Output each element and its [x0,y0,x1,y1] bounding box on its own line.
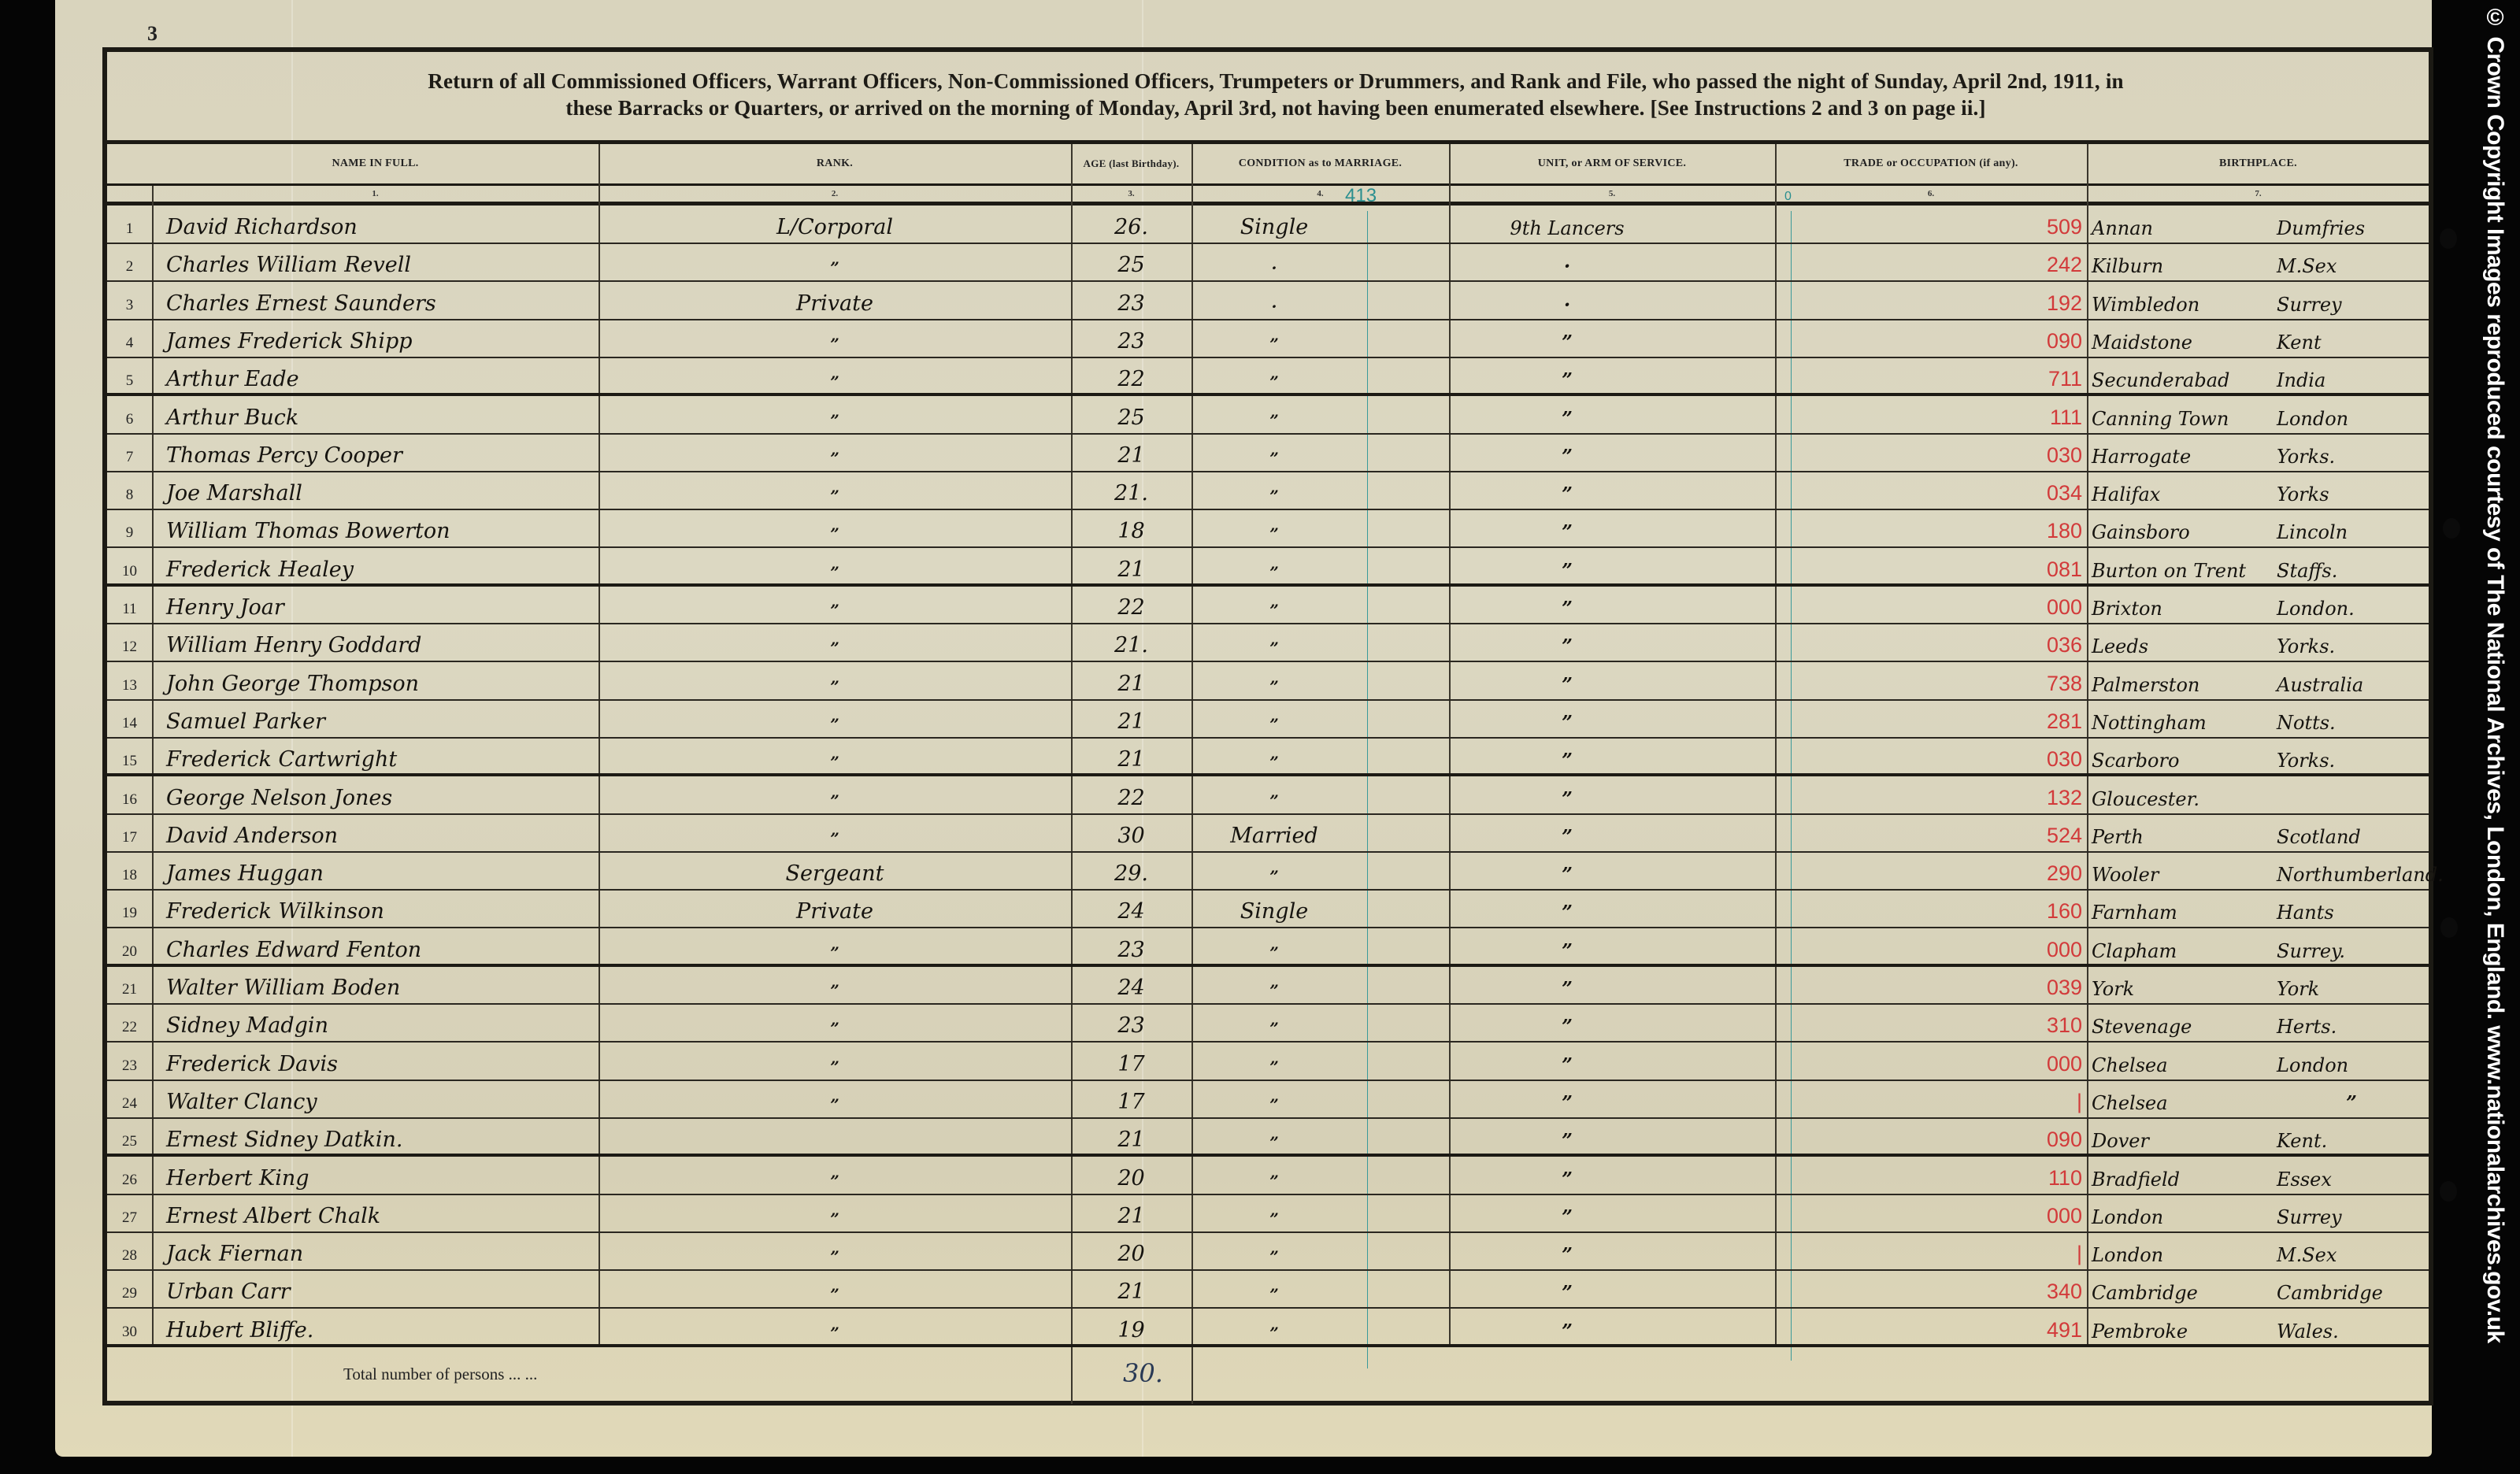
birthplace-county: Herts. [2277,1004,2426,1041]
rank-cell: ” [598,434,1071,471]
row-number: 12 [107,624,152,661]
row-number: 3 [107,282,152,319]
rank-cell: ” [598,243,1071,280]
condition-cell: ” [1191,320,1357,357]
birthplace-town: Maidstone [2092,320,2273,357]
condition-cell: ” [1191,357,1357,394]
watermark-text: © Crown Copyright Images reproduced cour… [2481,5,2508,1343]
name-cell: Jack Fiernan [166,1232,595,1269]
name-cell: Joe Marshall [166,472,595,509]
total-label: Total number of persons ... ... [343,1365,537,1384]
annotation-condition: 413 [1345,185,1377,207]
age-cell: 17 [1071,1080,1191,1117]
unit-cell: ” [1449,434,1685,471]
table-row: 3 Charles Ernest Saunders Private 23 · ·… [107,282,2429,320]
birthplace-county: Dumfries [2277,206,2426,243]
total-row: Total number of persons ... ... 30. [107,1349,2429,1404]
rank-cell: ” [598,624,1071,661]
birthplace-town: Halifax [2092,472,2273,509]
condition-cell: ” [1191,1270,1357,1307]
unit-cell: ” [1449,890,1685,927]
age-cell: 25 [1071,396,1191,433]
table-row: 27 Ernest Albert Chalk ” 21 ” ” 000 Lond… [107,1194,2429,1233]
row-number: 16 [107,776,152,813]
birthplace-town: Burton on Trent [2092,548,2273,585]
table-row: 10 Frederick Healey ” 21 ” ” 081 Burton … [107,548,2429,587]
birthplace-town: Nottingham [2092,700,2273,737]
occupation-code: 030 [1775,434,2087,471]
age-cell: 21 [1071,700,1191,737]
rank-cell: ” [598,928,1071,965]
row-number: 9 [107,509,152,546]
rank-cell: Sergeant [598,852,1071,889]
column-number: 7. [2087,186,2429,202]
age-cell: 25 [1071,243,1191,280]
table-row: 7 Thomas Percy Cooper ” 21 ” ” 030 Harro… [107,434,2429,472]
birthplace-county: Kent [2277,320,2426,357]
header-age: AGE (last Birthday). [1071,144,1191,183]
unit-cell: 9th Lancers [1449,206,1685,243]
age-cell: 21 [1071,1194,1191,1231]
age-cell: 30 [1071,814,1191,851]
row-number: 21 [107,966,152,1003]
row-number: 11 [107,586,152,623]
birthplace-town: Cambridge [2092,1270,2273,1307]
birthplace-county: ” [2277,1080,2426,1117]
row-number: 13 [107,662,152,699]
name-cell: Ernest Sidney Datkin. [166,1118,595,1155]
condition-cell: · [1191,282,1357,319]
row-number: 7 [107,434,152,471]
occupation-code: 192 [1775,282,2087,319]
name-cell: Charles William Revell [166,243,595,280]
name-cell: Samuel Parker [166,700,595,737]
condition-cell: ” [1191,434,1357,471]
row-number: 20 [107,928,152,965]
rank-cell: ” [598,738,1071,775]
condition-cell: ” [1191,928,1357,965]
rank-cell: ” [598,586,1071,623]
age-cell: 21 [1071,738,1191,775]
age-cell: 23 [1071,928,1191,965]
row-number: 18 [107,852,152,889]
birthplace-town: Chelsea [2092,1080,2273,1117]
punch-hole [2440,1181,2457,1202]
occupation-code: 111 [1775,396,2087,433]
rank-cell: ” [598,1194,1071,1231]
birthplace-town: Annan [2092,206,2273,243]
age-cell: 24 [1071,966,1191,1003]
name-cell: James Huggan [166,852,595,889]
birthplace-county: Hants [2277,890,2426,927]
unit-cell: ” [1449,1232,1685,1269]
birthplace-county: Kent. [2277,1118,2426,1155]
birthplace-county: Wales. [2277,1309,2426,1346]
birthplace-county: Lincoln [2277,509,2426,546]
row-number: 5 [107,357,152,394]
birthplace-county [2277,776,2426,813]
name-cell: William Henry Goddard [166,624,595,661]
row-number: 4 [107,320,152,357]
condition-cell: ” [1191,509,1357,546]
birthplace-county: Notts. [2277,700,2426,737]
column-number: 3. [1071,186,1191,202]
unit-cell: ” [1449,700,1685,737]
name-cell: Walter Clancy [166,1080,595,1117]
column-number: 4. [1191,186,1449,202]
table-row: 16 George Nelson Jones ” 22 ” ” 132 Glou… [107,776,2429,815]
row-number: 29 [107,1270,152,1307]
name-cell: Thomas Percy Cooper [166,434,595,471]
condition-cell: ” [1191,472,1357,509]
birthplace-town: York [2092,966,2273,1003]
condition-cell: Married [1191,814,1357,851]
rank-cell: Private [598,890,1071,927]
unit-cell: ” [1449,776,1685,813]
name-cell: Arthur Eade [166,357,595,394]
birthplace-county: London [2277,396,2426,433]
age-cell: 21 [1071,1270,1191,1307]
age-cell: 19 [1071,1309,1191,1346]
table-row: 11 Henry Joar ” 22 ” ” 000 Brixton Londo… [107,586,2429,624]
age-cell: 21. [1071,472,1191,509]
occupation-code: 242 [1775,243,2087,280]
rank-cell: ” [598,662,1071,699]
table-row: 24 Walter Clancy ” 17 ” ” | Chelsea ” [107,1080,2429,1119]
birthplace-town: Bradfield [2092,1157,2273,1194]
row-number: 10 [107,548,152,585]
condition-cell: ” [1191,776,1357,813]
birthplace-county: Staffs. [2277,548,2426,585]
birthplace-town: Scarboro [2092,738,2273,775]
age-cell: 20 [1071,1232,1191,1269]
name-cell: Henry Joar [166,586,595,623]
occupation-code: 030 [1775,738,2087,775]
birthplace-town: Secunderabad [2092,357,2273,394]
occupation-code: | [1775,1080,2087,1117]
birthplace-county: London [2277,1043,2426,1080]
header-name: NAME IN FULL. [152,144,598,183]
name-cell: David Anderson [166,814,595,851]
unit-cell: ” [1449,586,1685,623]
row-number: 25 [107,1118,152,1155]
table-row: 2 Charles William Revell ” 25 · · 242 Ki… [107,243,2429,282]
title-line-2: these Barracks or Quarters, or arrived o… [170,94,2381,121]
name-cell: Charles Edward Fenton [166,928,595,965]
condition-cell: Single [1191,890,1357,927]
table-row: 30 Hubert Bliffe. ” 19 ” ” 491 Pembroke … [107,1309,2429,1347]
name-cell: Hubert Bliffe. [166,1309,595,1346]
birthplace-town: Dover [2092,1118,2273,1155]
name-cell: Arthur Buck [166,396,595,433]
unit-cell: ” [1449,928,1685,965]
unit-cell: ” [1449,624,1685,661]
occupation-code: 110 [1775,1157,2087,1194]
row-number: 19 [107,890,152,927]
column-headers: NAME IN FULL. RANK. AGE (last Birthday).… [107,144,2429,183]
unit-cell: ” [1449,357,1685,394]
punch-hole [2440,917,2458,938]
birthplace-town: Harrogate [2092,434,2273,471]
age-cell: 21 [1071,662,1191,699]
rank-cell: ” [598,814,1071,851]
unit-cell: ” [1449,738,1685,775]
condition-cell: ” [1191,1309,1357,1346]
column-number: 6. [1775,186,2087,202]
condition-cell: ” [1191,852,1357,889]
census-form: Return of all Commissioned Officers, War… [102,47,2433,1405]
header-rank: RANK. [598,144,1071,183]
birthplace-town: Palmerston [2092,662,2273,699]
unit-cell: ” [1449,1270,1685,1307]
rank-cell: ” [598,1309,1071,1346]
birthplace-town: Pembroke [2092,1309,2273,1346]
copyright-watermark: © Crown Copyright Images reproduced cour… [2479,5,2511,1469]
birthplace-town: Leeds [2092,624,2273,661]
row-number: 26 [107,1157,152,1194]
condition-cell: ” [1191,1080,1357,1117]
rank-cell: ” [598,1004,1071,1041]
birthplace-county: Cambridge [2277,1270,2426,1307]
name-cell: Frederick Healey [166,548,595,585]
age-cell: 23 [1071,282,1191,319]
occupation-code: 524 [1775,814,2087,851]
rank-cell: ” [598,548,1071,585]
unit-cell: ” [1449,1157,1685,1194]
occupation-code: 081 [1775,548,2087,585]
birthplace-county: Yorks. [2277,624,2426,661]
birthplace-town: Kilburn [2092,243,2273,280]
occupation-code: 000 [1775,1194,2087,1231]
table-row: 29 Urban Carr ” 21 ” ” 340 Cambridge Cam… [107,1270,2429,1309]
name-cell: John George Thompson [166,662,595,699]
occupation-code: 509 [1775,206,2087,243]
table-row: 19 Frederick Wilkinson Private 24 Single… [107,890,2429,928]
birthplace-town: Gainsboro [2092,509,2273,546]
title-line-1: Return of all Commissioned Officers, War… [170,68,2381,94]
age-cell: 22 [1071,357,1191,394]
header-condition: CONDITION as to MARRIAGE. [1191,144,1449,183]
rank-cell: ” [598,357,1071,394]
age-cell: 22 [1071,776,1191,813]
row-number: 23 [107,1043,152,1080]
name-cell: Herbert King [166,1157,595,1194]
condition-cell: Single [1191,206,1357,243]
name-cell: Frederick Wilkinson [166,890,595,927]
header-birthplace: BIRTHPLACE. [2087,144,2429,183]
annotation-trade: 0 [1784,190,1792,204]
birthplace-county: Australia [2277,662,2426,699]
condition-cell: ” [1191,1118,1357,1155]
rank-cell: ” [598,1157,1071,1194]
table-row: 23 Frederick Davis ” 17 ” ” 000 Chelsea … [107,1043,2429,1081]
unit-cell: ” [1449,1004,1685,1041]
condition-cell: ” [1191,586,1357,623]
occupation-code: 132 [1775,776,2087,813]
age-cell: 21. [1071,624,1191,661]
age-cell: 18 [1071,509,1191,546]
unit-cell: ” [1449,966,1685,1003]
column-number: 2. [598,186,1071,202]
name-cell: Sidney Madgin [166,1004,595,1041]
occupation-code: | [1775,1232,2087,1269]
occupation-code: 000 [1775,1043,2087,1080]
birthplace-county: Surrey [2277,282,2426,319]
condition-cell: · [1191,243,1357,280]
table-row: 26 Herbert King ” 20 ” ” 110 Bradfield E… [107,1157,2429,1195]
unit-cell: ” [1449,548,1685,585]
birthplace-town: Perth [2092,814,2273,851]
rank-cell: ” [598,700,1071,737]
rank-cell: ” [598,1080,1071,1117]
rank-cell [598,1118,1071,1155]
name-cell: Ernest Albert Chalk [166,1194,595,1231]
unit-cell: ” [1449,814,1685,851]
birthplace-county: M.Sex [2277,243,2426,280]
birthplace-county: Surrey [2277,1194,2426,1231]
condition-cell: ” [1191,396,1357,433]
condition-cell: ” [1191,548,1357,585]
age-cell: 29. [1071,852,1191,889]
row-number: 30 [107,1309,152,1346]
table-row: 22 Sidney Madgin ” 23 ” ” 310 Stevenage … [107,1004,2429,1043]
birthplace-town: Clapham [2092,928,2273,965]
occupation-code: 034 [1775,472,2087,509]
birthplace-town: Chelsea [2092,1043,2273,1080]
name-cell: Urban Carr [166,1270,595,1307]
table-row: 18 James Huggan Sergeant 29. ” ” 290 Woo… [107,852,2429,891]
age-cell: 23 [1071,1004,1191,1041]
unit-cell: ” [1449,1194,1685,1231]
unit-cell: · [1449,282,1685,319]
occupation-code: 160 [1775,890,2087,927]
occupation-code: 036 [1775,624,2087,661]
table-row: 14 Samuel Parker ” 21 ” ” 281 Nottingham… [107,700,2429,739]
birthplace-county: Scotland [2277,814,2426,851]
row-divider [107,1344,2429,1347]
rank-cell: Private [598,282,1071,319]
age-cell: 23 [1071,320,1191,357]
occupation-code: 000 [1775,586,2087,623]
table-row: 20 Charles Edward Fenton ” 23 ” ” 000 Cl… [107,928,2429,967]
birthplace-town: Wimbledon [2092,282,2273,319]
age-cell: 24 [1071,890,1191,927]
column-number: 5. [1449,186,1775,202]
row-number: 28 [107,1232,152,1269]
birthplace-county: Surrey. [2277,928,2426,965]
name-cell: Charles Ernest Saunders [166,282,595,319]
row-number: 8 [107,472,152,509]
row-number: 22 [107,1004,152,1041]
punch-hole [2443,518,2460,539]
table-row: 17 David Anderson ” 30 Married ” 524 Per… [107,814,2429,853]
name-cell: William Thomas Bowerton [166,509,595,546]
rank-cell: ” [598,320,1071,357]
birthplace-county: India [2277,357,2426,394]
page-number: 3 [147,22,157,46]
age-cell: 22 [1071,586,1191,623]
occupation-code: 491 [1775,1309,2087,1346]
rank-cell: ” [598,472,1071,509]
unit-cell: ” [1449,1309,1685,1346]
row-number: 6 [107,396,152,433]
rank-cell: ” [598,966,1071,1003]
birthplace-county: London. [2277,586,2426,623]
unit-cell: ” [1449,662,1685,699]
condition-cell: ” [1191,966,1357,1003]
birthplace-county: Essex [2277,1157,2426,1194]
header-trade: TRADE or OCCUPATION (if any). [1775,144,2087,183]
condition-cell: ” [1191,662,1357,699]
age-cell: 21 [1071,434,1191,471]
age-cell: 21 [1071,1118,1191,1155]
row-number: 2 [107,243,152,280]
condition-cell: ” [1191,624,1357,661]
table-row: 12 William Henry Goddard ” 21. ” ” 036 L… [107,624,2429,662]
total-value: 30. [1123,1358,1163,1388]
name-cell: James Frederick Shipp [166,320,595,357]
rank-cell: L/Corporal [598,206,1071,243]
birthplace-town: Canning Town [2092,396,2273,433]
age-cell: 17 [1071,1043,1191,1080]
header-unit: UNIT, or ARM OF SERVICE. [1449,144,1775,183]
occupation-code: 711 [1775,357,2087,394]
birthplace-county: Yorks. [2277,434,2426,471]
unit-cell: ” [1449,509,1685,546]
form-title: Return of all Commissioned Officers, War… [107,52,2429,143]
unit-cell: ” [1449,852,1685,889]
occupation-code: 310 [1775,1004,2087,1041]
unit-cell: ” [1449,1080,1685,1117]
column-numbers: 1. 2. 3. 4. 5. 6. 7. [107,186,2429,202]
condition-cell: ” [1191,700,1357,737]
table-row: 21 Walter William Boden ” 24 ” ” 039 Yor… [107,966,2429,1005]
table-row: 6 Arthur Buck ” 25 ” ” 111 Canning Town … [107,396,2429,435]
birthplace-town: Wooler [2092,852,2273,889]
rank-cell: ” [598,509,1071,546]
occupation-code: 180 [1775,509,2087,546]
unit-cell: ” [1449,1043,1685,1080]
table-row: 28 Jack Fiernan ” 20 ” ” | London M.Sex [107,1232,2429,1271]
table-row: 4 James Frederick Shipp ” 23 ” ” 090 Mai… [107,320,2429,358]
row-number: 27 [107,1194,152,1231]
unit-cell: ” [1449,320,1685,357]
table-row: 8 Joe Marshall ” 21. ” ” 034 Halifax Yor… [107,472,2429,510]
birthplace-county: Yorks [2277,472,2426,509]
rank-cell: ” [598,1270,1071,1307]
occupation-code: 281 [1775,700,2087,737]
occupation-code: 738 [1775,662,2087,699]
birthplace-town: Gloucester. [2092,776,2273,813]
condition-cell: ” [1191,1004,1357,1041]
birthplace-town: Brixton [2092,586,2273,623]
birthplace-town: London [2092,1194,2273,1231]
age-cell: 21 [1071,548,1191,585]
rank-cell: ” [598,776,1071,813]
condition-cell: ” [1191,1232,1357,1269]
condition-cell: ” [1191,1043,1357,1080]
occupation-code: 290 [1775,852,2087,889]
age-cell: 20 [1071,1157,1191,1194]
unit-cell: ” [1449,396,1685,433]
name-cell: Frederick Cartwright [166,738,595,775]
table-row: 25 Ernest Sidney Datkin. 21 ” ” 090 Dove… [107,1118,2429,1157]
row-number: 14 [107,700,152,737]
birthplace-town: Farnham [2092,890,2273,927]
name-cell: David Richardson [166,206,595,243]
occupation-code: 000 [1775,928,2087,965]
column-number: 1. [152,186,598,202]
